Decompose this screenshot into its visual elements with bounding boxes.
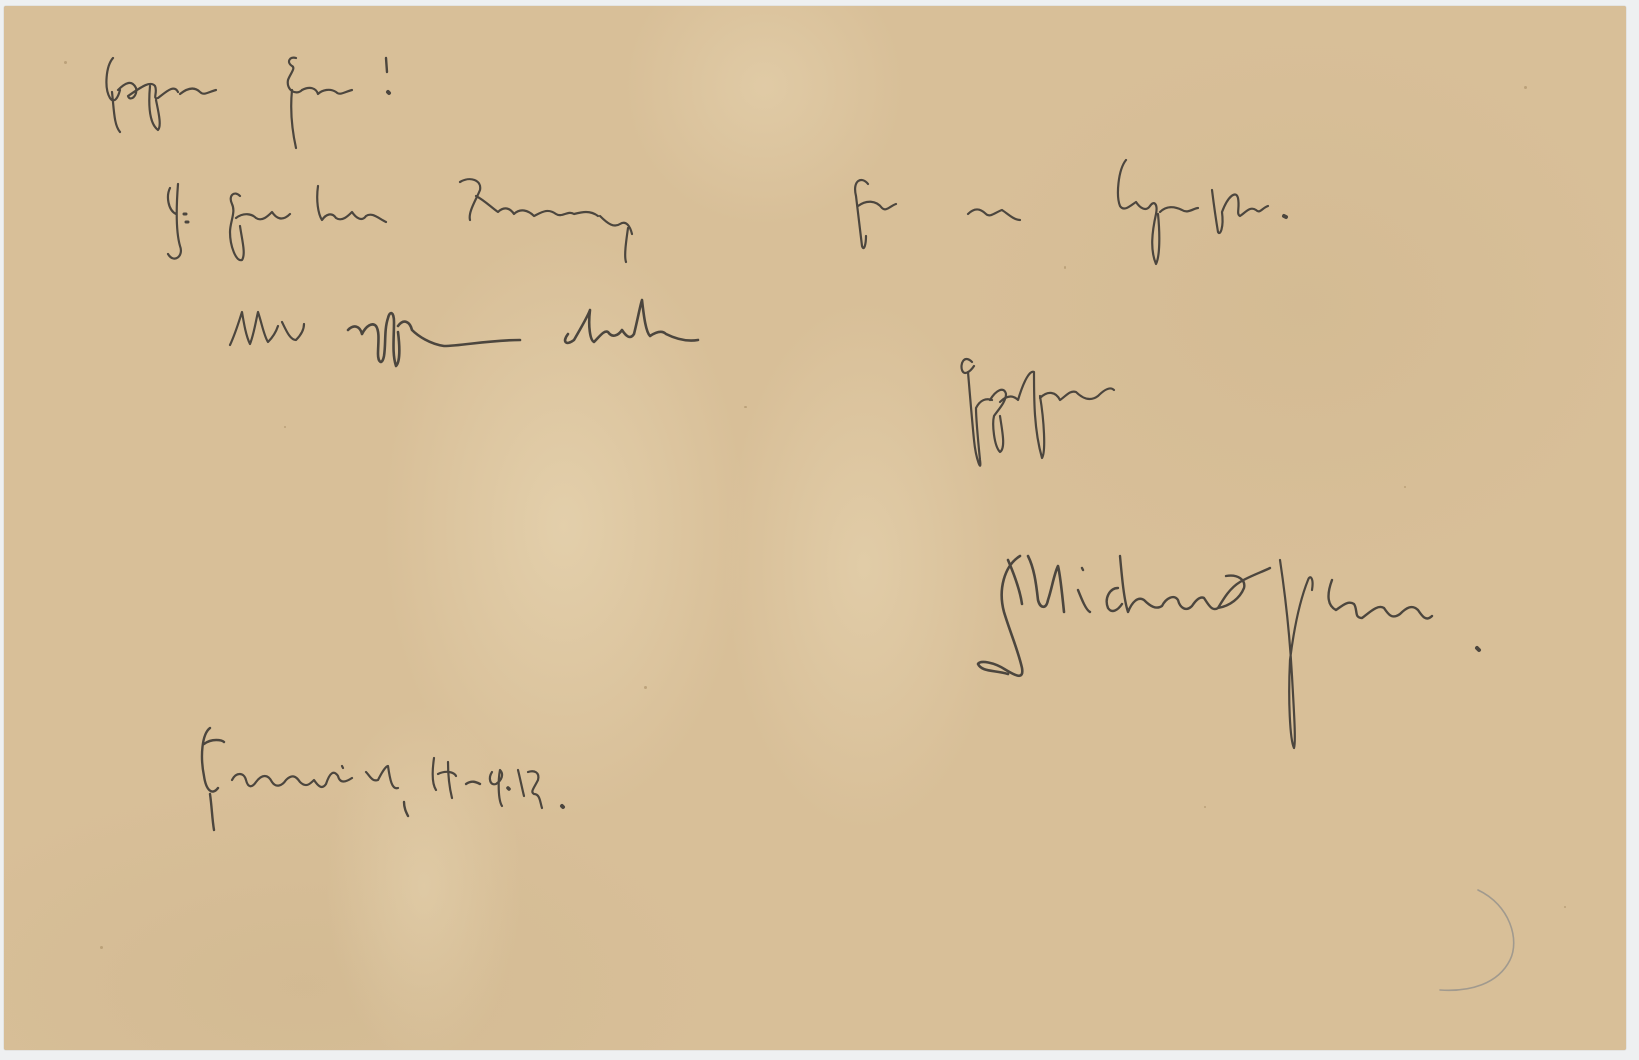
closing-text: Ergebenst — [955, 360, 1164, 406]
handwriting-strokes — [0, 0, 1639, 1060]
signature-text: Richard Strauss. — [975, 570, 1415, 630]
body-line-2-text: Mit ergebenem Dank — [225, 305, 633, 349]
pencil-arc-mark — [1440, 890, 1514, 990]
body-line-1-text: Ich habe keine Verwendung für einen Gege… — [165, 185, 1350, 239]
place-date-text: Garmisch, 4.9.17. — [195, 745, 591, 796]
salutation-text: Geehrter Herr! — [100, 70, 409, 116]
